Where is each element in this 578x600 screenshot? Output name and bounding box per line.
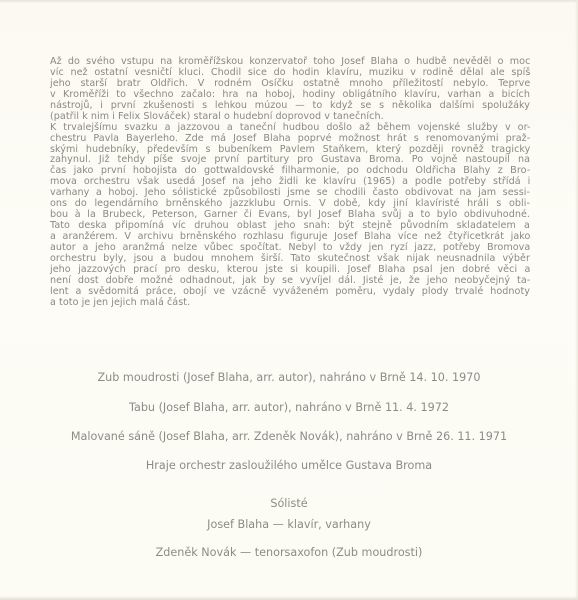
text-line: (patřil k nim i Felix Slováček) staral o… [50,112,530,123]
soloists-heading: Sólisté [0,497,578,510]
soloist-credit: Josef Blaha — klavír, varhany [0,518,578,531]
liner-notes-page: Až do svého vstupu na kroměřížskou konze… [0,0,578,600]
soloist-credit: Zdeněk Novák — tenorsaxofon (Zub moudros… [0,546,578,559]
page-edge-bottom [0,596,578,600]
track-credit: Tabu (Josef Blaha, arr. autor), nahráno … [0,401,578,414]
text-line: lent a svědomitá práce, obojí ve vzácně … [50,287,530,298]
track-credit: Malované sáně (Josef Blaha, arr. Zdeněk … [0,430,578,443]
orchestra-credit: Hraje orchestr zasloužilého umělce Gusta… [0,459,578,472]
biography-text: Až do svého vstupu na kroměřížskou konze… [50,57,530,309]
text-line: chestru Pavla Bayerleho. Zde má Josef Bl… [50,134,530,145]
text-line: a toto je jen jejich malá část. [50,298,530,309]
track-credit: Zub moudrosti (Josef Blaha, arr. autor),… [0,371,578,384]
page-edge-top [0,0,578,3]
text-line: K trvalejšímu svazku a jazzovou a tanečn… [50,123,530,134]
